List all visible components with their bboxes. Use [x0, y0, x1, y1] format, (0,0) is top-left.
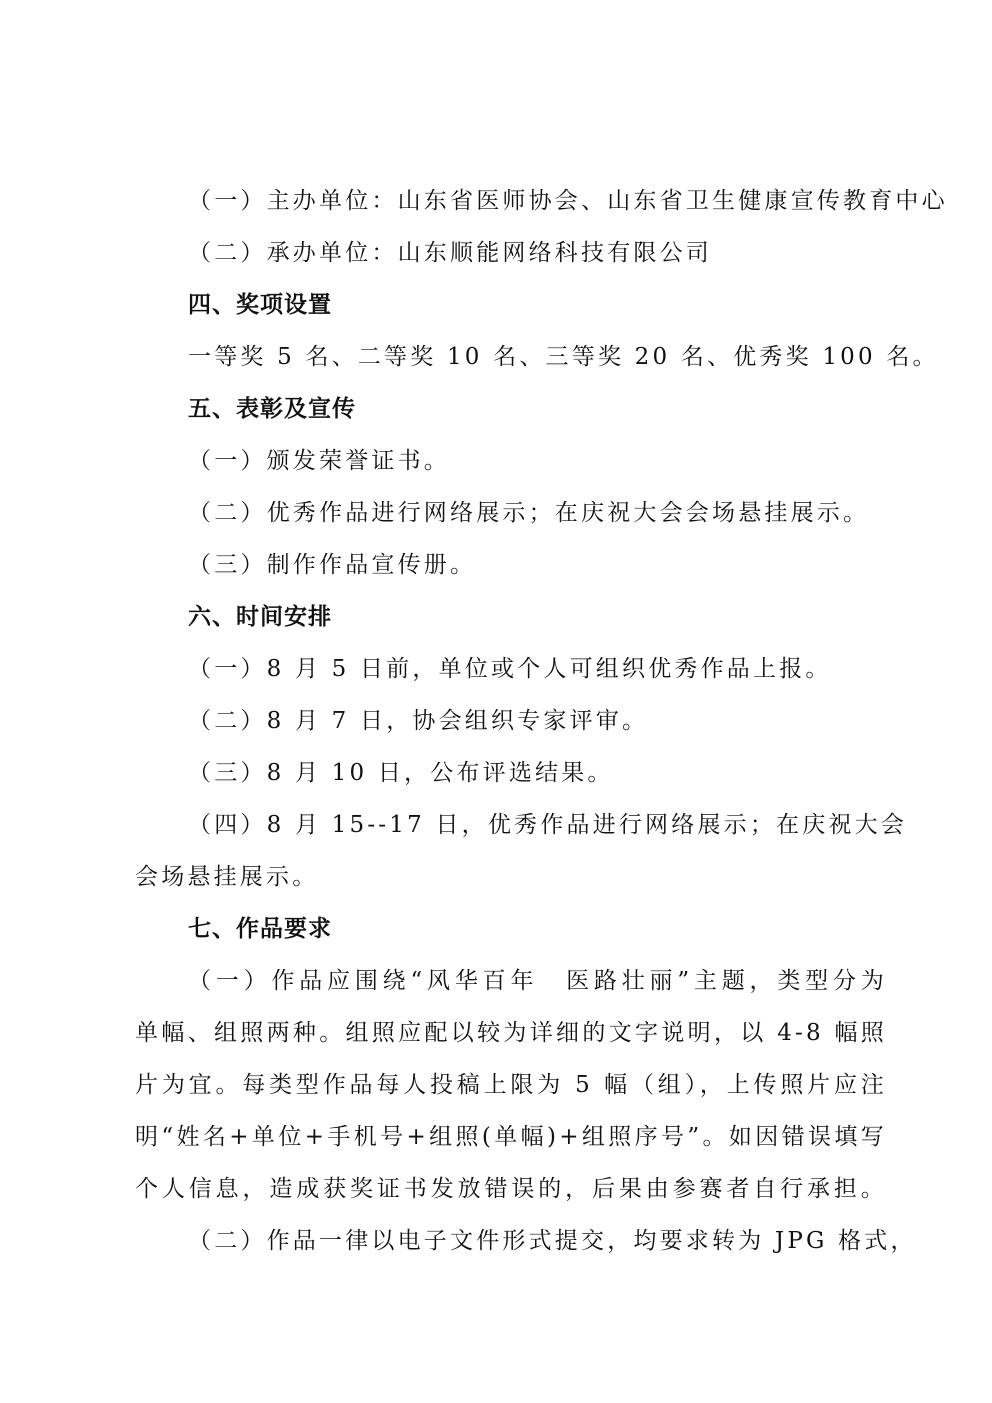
organizer-host-line: （一）主办单位：山东省医师协会、山东省卫生健康宣传教育中心 — [188, 186, 887, 216]
schedule-item-1: （一）8 月 5 日前，单位或个人可组织优秀作品上报。 — [188, 654, 832, 684]
schedule-item-2: （二）8 月 7 日，协会组织专家评审。 — [188, 706, 648, 736]
requirements-paragraph-1-line-5: 个人信息，造成获奖证书发放错误的，后果由参赛者自行承担。 — [135, 1174, 887, 1204]
section-heading-schedule: 六、时间安排 — [188, 602, 332, 632]
document-page: （一）主办单位：山东省医师协会、山东省卫生健康宣传教育中心 （二）承办单位：山东… — [0, 0, 992, 1403]
schedule-item-3: （三）8 月 10 日，公布评选结果。 — [188, 758, 614, 788]
schedule-item-4: （四）8 月 15--17 日，优秀作品进行网络展示；在庆祝大会 — [188, 810, 887, 840]
commendation-item-3: （三）制作作品宣传册。 — [188, 550, 476, 580]
requirements-paragraph-1-line-4: 明“姓名+单位+手机号+组照(单幅)+组照序号”。如因错误填写 — [135, 1122, 887, 1152]
commendation-item-2: （二）优秀作品进行网络展示；在庆祝大会会场悬挂展示。 — [188, 498, 869, 528]
organizer-executor-line: （二）承办单位：山东顺能网络科技有限公司 — [188, 238, 712, 268]
requirements-paragraph-1-line-1: （一）作品应围绕“风华百年 医路壮丽”主题，类型分为 — [188, 966, 887, 996]
awards-line: 一等奖 5 名、二等奖 10 名、三等奖 20 名、优秀奖 100 名。 — [188, 342, 887, 372]
section-heading-requirements: 七、作品要求 — [188, 914, 332, 944]
requirements-paragraph-1-line-3: 片为宜。每类型作品每人投稿上限为 5 幅（组），上传照片应注 — [135, 1070, 887, 1100]
section-heading-commendation: 五、表彰及宣传 — [188, 394, 356, 424]
requirements-paragraph-1-line-2: 单幅、组照两种。组照应配以较为详细的文字说明，以 4-8 幅照 — [135, 1018, 887, 1048]
schedule-item-4-continued: 会场悬挂展示。 — [135, 862, 318, 892]
section-heading-awards: 四、奖项设置 — [188, 290, 332, 320]
commendation-item-1: （一）颁发荣誉证书。 — [188, 446, 450, 476]
requirements-paragraph-2-line-1: （二）作品一律以电子文件形式提交，均要求转为 JPG 格式， — [188, 1226, 887, 1256]
